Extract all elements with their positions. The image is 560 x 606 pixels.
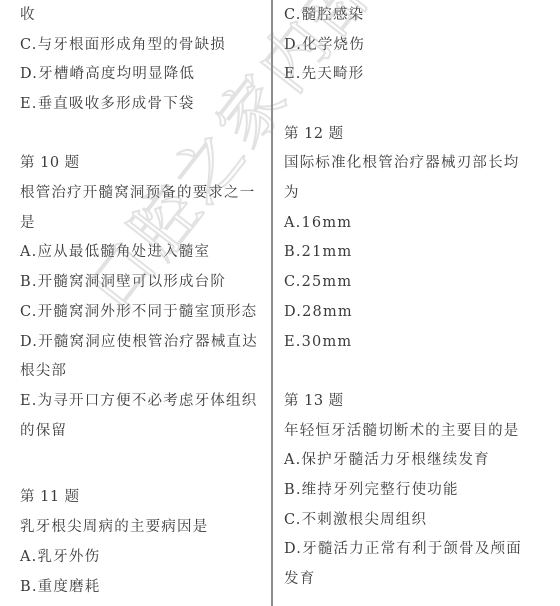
text-line: 发育 [284,570,315,588]
text-line: D.牙槽嵴高度均明显降低 [20,65,195,83]
text-line: E.先天畸形 [284,65,364,83]
text-line: 的保留 [20,422,67,440]
text-line: 根尖部 [20,362,67,380]
question-number: 第 10 题 [20,154,80,172]
document-page: 收C.与牙根面形成角型的骨缺损D.牙槽嵴高度均明显降低E.垂直吸收多形成骨下袋第… [0,0,560,606]
text-line: A.乳牙外伤 [20,548,100,566]
text-line: E.为寻开口方便不必考虑牙体组织 [20,392,257,410]
text-line: E.30mm [284,333,352,351]
text-line: D.28mm [284,303,353,321]
text-line: C.开髓窝洞外形不同于髓室顶形态 [20,303,257,321]
text-line: D.化学烧伤 [284,36,365,54]
text-line: A.16mm [284,214,352,232]
text-line: E.垂直吸收多形成骨下袋 [20,95,195,113]
text-line: D.开髓窝洞应使根管治疗器械直达 [20,333,258,351]
question-number: 第 12 题 [284,125,344,143]
text-line: 乳牙根尖周病的主要病因是 [20,518,208,536]
text-line: D.牙髓活力正常有利于颌骨及颅面 [284,540,522,558]
text-line: B.21mm [284,243,352,261]
text-line: 年轻恒牙活髓切断术的主要目的是 [284,422,520,440]
question-number: 第 11 题 [20,488,80,506]
text-line: A.保护牙髓活力牙根继续发育 [284,451,490,469]
text-line: 是 [20,214,36,232]
text-line: A.应从最低髓角处进入髓室 [20,243,210,261]
text-line: 收 [20,6,36,24]
column-divider [271,0,273,606]
text-line: B.重度磨耗 [20,578,100,596]
text-line: B.开髓窝洞洞壁可以形成台阶 [20,273,226,291]
text-line: C.25mm [284,273,352,291]
text-line: B.维持牙列完整行使功能 [284,481,459,499]
text-line: C.不刺激根尖周组织 [284,511,427,529]
text-line: C.髓腔感染 [284,6,364,24]
text-line: 为 [284,184,300,202]
text-line: 根管治疗开髓窝洞预备的要求之一 [20,184,256,202]
text-line: C.与牙根面形成角型的骨缺损 [20,36,226,54]
text-line: 国际标准化根管治疗器械刃部长均 [284,154,520,172]
question-number: 第 13 题 [284,392,344,410]
